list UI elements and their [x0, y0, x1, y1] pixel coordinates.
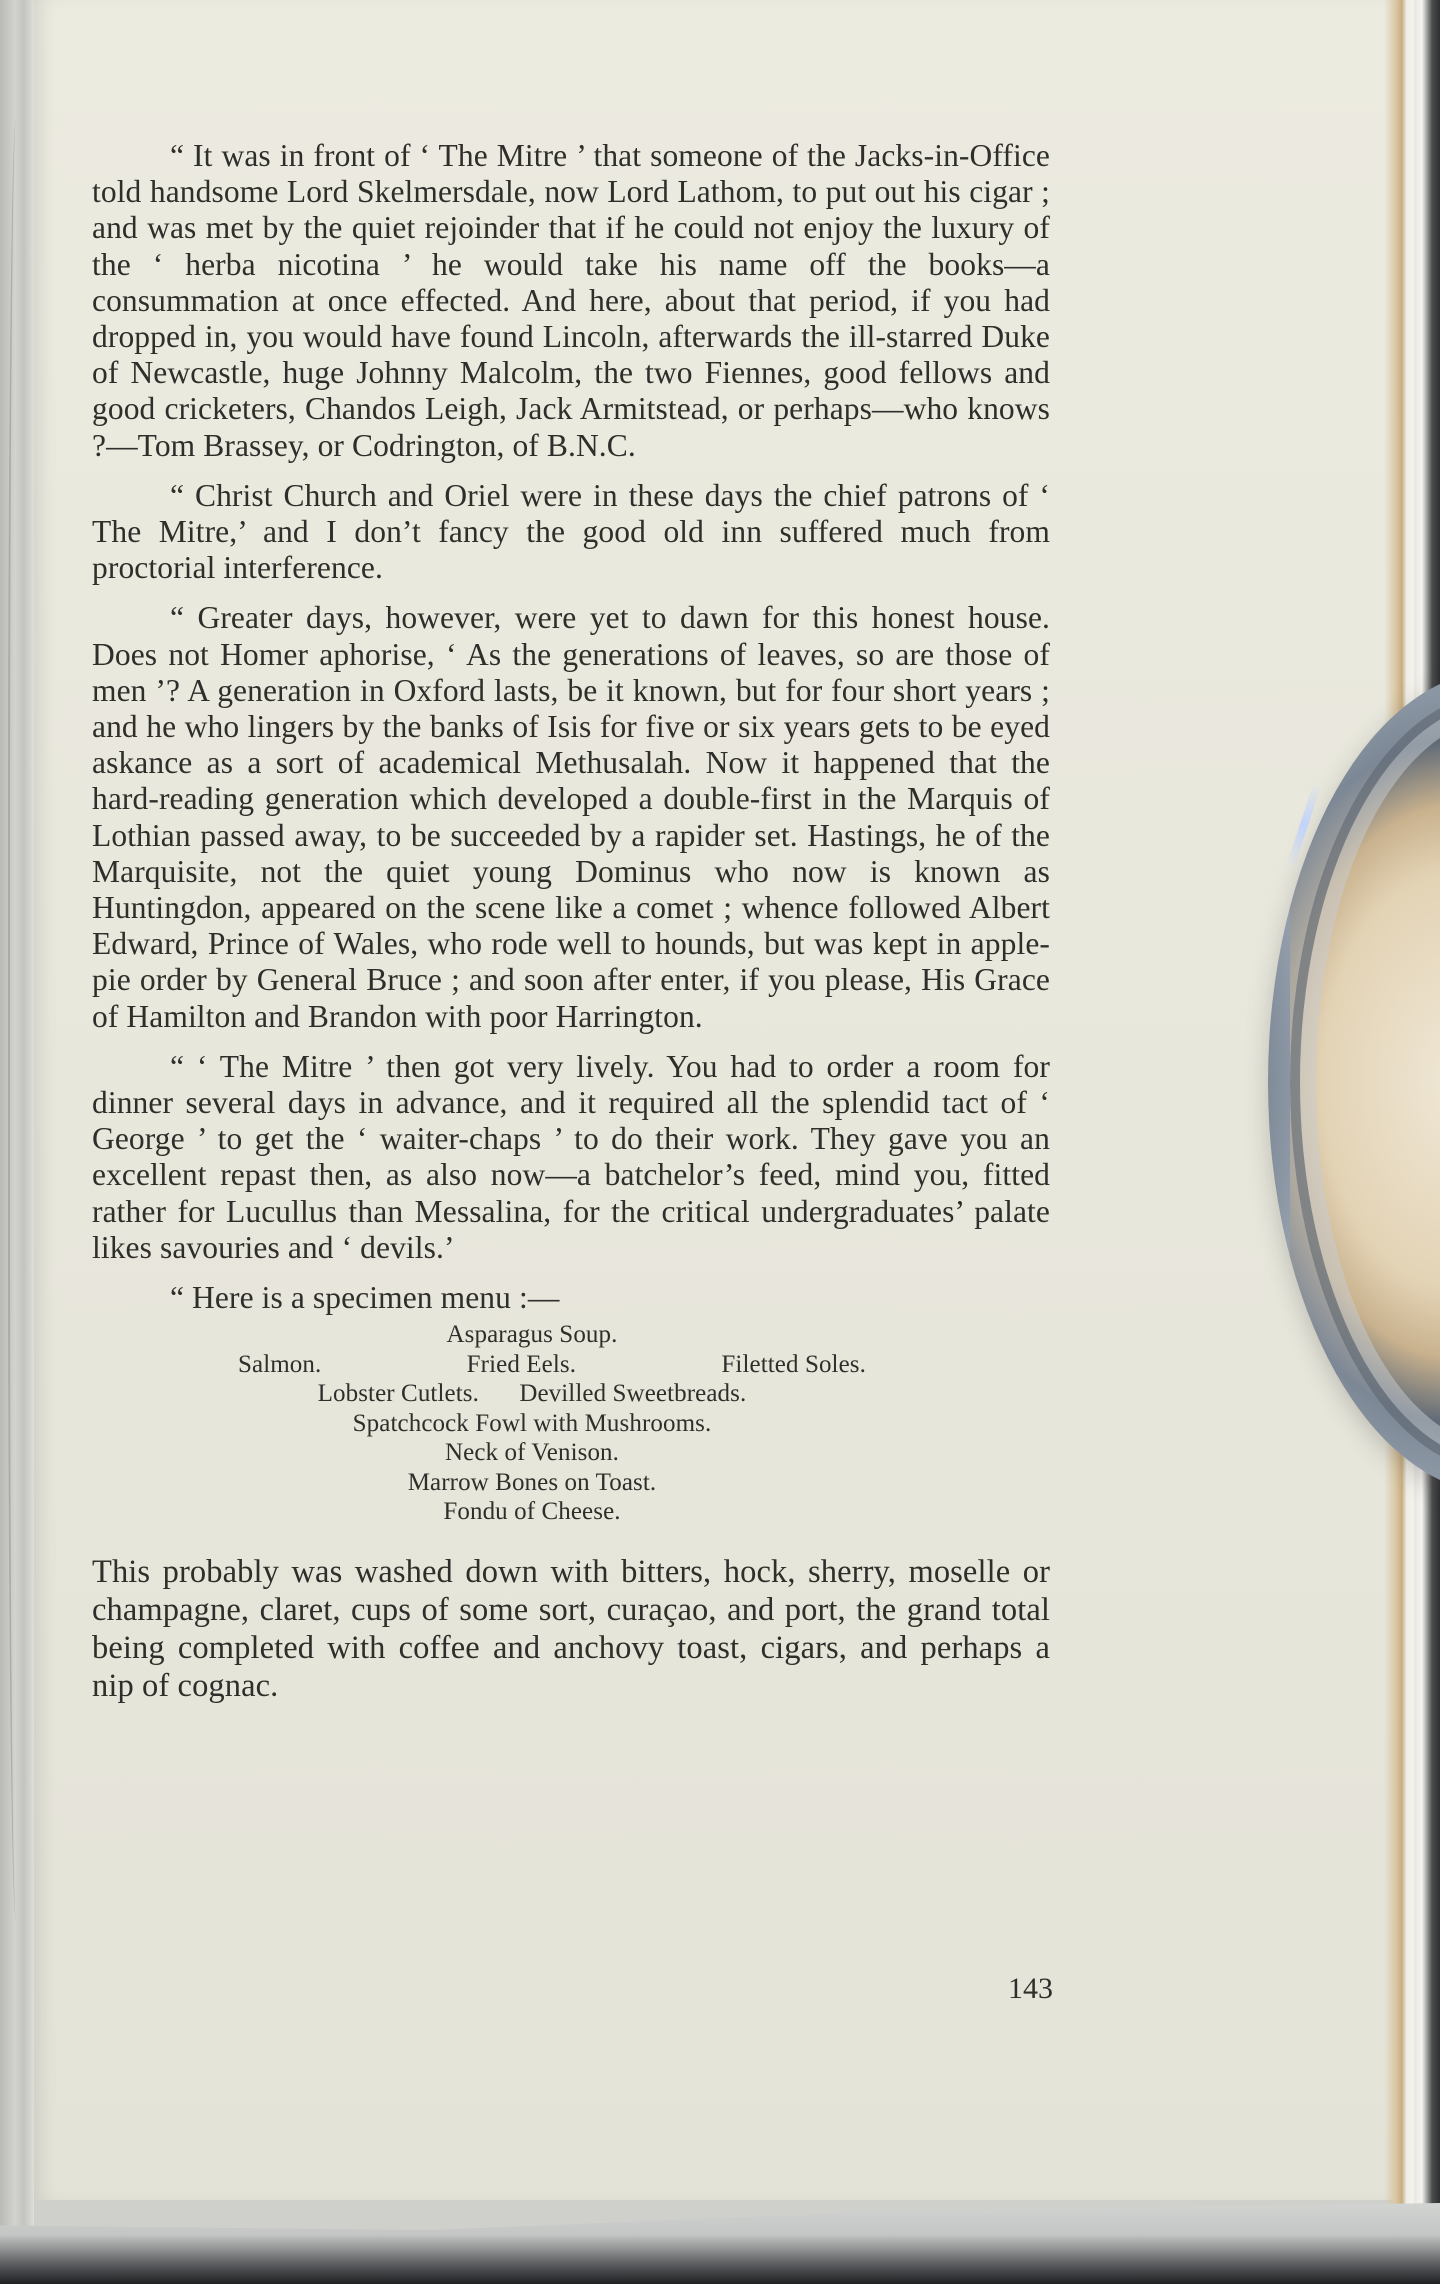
paragraph-mitre-lively: “ ‘ The Mitre ’ then got very lively. Yo…: [92, 1049, 1050, 1266]
menu-row-entrees: Lobster Cutlets. Devilled Sweetbreads.: [162, 1379, 902, 1409]
menu-item-lobster-cutlets: Lobster Cutlets.: [318, 1380, 479, 1407]
menu-item-devilled-sweetbreads: Devilled Sweetbreads.: [519, 1380, 746, 1407]
page-number: 143: [1008, 1972, 1053, 2006]
menu-row-fish: Salmon. Fried Eels. Filetted Soles.: [162, 1350, 902, 1380]
adjacent-page-edge: [0, 0, 34, 2284]
menu-item-marrow-bones: Marrow Bones on Toast.: [162, 1468, 902, 1498]
menu-item-fried-eels: Fried Eels.: [467, 1350, 576, 1380]
menu-item-fondu-of-cheese: Fondu of Cheese.: [162, 1497, 902, 1527]
page-text-block: “ It was in front of ‘ The Mitre ’ that …: [92, 138, 1050, 1719]
menu-item-filetted-soles: Filetted Soles.: [721, 1350, 866, 1380]
menu-item-spatchcock-fowl: Spatchcock Fowl with Mushrooms.: [162, 1409, 902, 1439]
paragraph-greater-days: “ Greater days, however, were yet to daw…: [92, 600, 1050, 1034]
menu-item-neck-of-venison: Neck of Venison.: [162, 1438, 902, 1468]
paragraph-closing: This probably was washed down with bitte…: [92, 1553, 1050, 1705]
paragraph-mitre-cigar: “ It was in front of ‘ The Mitre ’ that …: [92, 138, 1050, 464]
page-stack-bottom: [0, 2194, 1440, 2284]
menu-intro: “ Here is a specimen menu :—: [92, 1280, 1050, 1316]
menu-item-asparagus-soup: Asparagus Soup.: [162, 1320, 902, 1350]
menu-item-salmon: Salmon.: [238, 1350, 321, 1380]
paragraph-christ-church-oriel: “ Christ Church and Oriel were in these …: [92, 478, 1050, 587]
specimen-menu: Asparagus Soup. Salmon. Fried Eels. File…: [92, 1320, 902, 1527]
